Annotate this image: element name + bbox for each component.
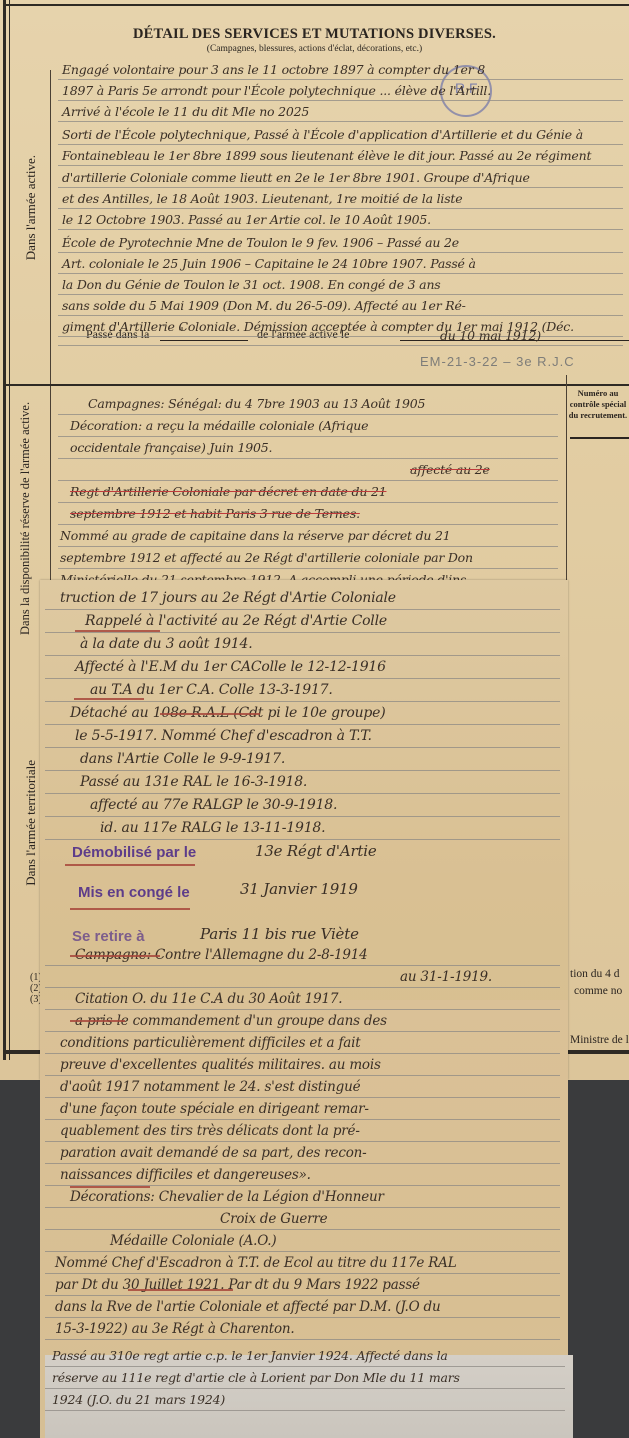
retire-value: Paris 11 bis rue Viète (200, 925, 359, 943)
ruled-line (45, 1229, 560, 1230)
handwritten-line: dans l'Artie Colle le 9-9-1917. (80, 751, 285, 767)
margin-fragment-3: Ministre de l (570, 1034, 629, 1046)
margin-fragment-2: comme no (574, 985, 622, 997)
ruled-line (45, 1053, 560, 1054)
ruled-line (45, 1410, 565, 1411)
handwritten-line: sans solde du 5 Mai 1909 (Don M. du 26-5… (62, 298, 466, 313)
ruled-line (58, 315, 623, 316)
ruled-line (58, 121, 623, 122)
stamp-retire-label: Se retire à (72, 928, 145, 945)
ruled-line (45, 1366, 565, 1367)
ruled-line (45, 816, 560, 817)
handwritten-line: par Dt du 30 Juillet 1921. Par dt du 9 M… (55, 1277, 420, 1293)
handwritten-line: au T.A du 1er C.A. Colle 13-3-1917. (90, 682, 333, 698)
handwritten-line: affecté au 2e (410, 462, 490, 477)
frame-top-border (3, 4, 629, 6)
handwritten-line: 1897 à Paris 5e arrondt pour l'École pol… (62, 83, 491, 98)
handwritten-line: quablement des tirs très délicats dont l… (60, 1123, 360, 1139)
ruled-line (45, 1339, 560, 1340)
handwritten-line: réserve au 111e regt d'artie cle à Lorie… (52, 1370, 460, 1385)
handwritten-line: Rappelé à l'activité au 2e Régt d'Artie … (85, 613, 387, 629)
ruled-line (45, 701, 560, 702)
handwritten-line: École de Pyrotechnie Mne de Toulon le 9 … (62, 235, 459, 250)
ruled-line (58, 100, 623, 101)
handwritten-line: paration avait demandé de sa part, des r… (60, 1145, 366, 1161)
ruled-line (45, 1031, 560, 1032)
handwritten-line: conditions particulièrement difficiles e… (60, 1035, 360, 1051)
stamp-demobilized-label: Démobilisé par le (72, 844, 196, 861)
handwritten-line: Art. coloniale le 25 Juin 1906 – Capitai… (62, 256, 476, 271)
frame-left-inner-border (9, 0, 10, 1060)
demobilized-value: 13e Régt d'Artie (255, 842, 377, 860)
ruled-line (45, 1075, 560, 1076)
ruled-line (58, 568, 558, 569)
ruled-line (45, 1317, 560, 1318)
handwritten-line: Décorations: Chevalier de la Légion d'Ho… (70, 1189, 384, 1205)
handwritten-line: Décoration: a reçu la médaille coloniale… (70, 418, 368, 433)
ruled-line (58, 345, 623, 346)
handwritten-line: Passé au 131e RAL le 16-3-1918. (80, 774, 307, 790)
handwritten-line: occidentale française) Juin 1905. (70, 440, 272, 455)
ruled-line (58, 436, 558, 437)
ruled-line (58, 252, 623, 253)
handwritten-line: Nommé au grade de capitaine dans la rése… (60, 528, 451, 543)
page-subtitle: (Campagnes, blessures, actions d'éclat, … (0, 44, 629, 54)
ruled-line (58, 79, 623, 80)
handwritten-line: Passé au 310e regt artie c.p. le 1er Jan… (52, 1348, 448, 1363)
passed-blank-a (160, 340, 248, 341)
ruled-line (58, 502, 558, 503)
ruled-line (58, 208, 623, 209)
ruled-line (58, 165, 623, 166)
red-underline (160, 713, 260, 715)
handwritten-line: Citation O. du 11e C.A du 30 Août 1917. (75, 991, 342, 1007)
handwritten-line: Sorti de l'École polytechnique, Passé à … (62, 127, 583, 142)
red-underline (128, 1289, 233, 1291)
handwritten-line: Nommé Chef d'Escadron à T.T. de Ecol au … (55, 1255, 457, 1271)
handwritten-line: à la date du 3 août 1914. (80, 636, 252, 652)
ruled-line (45, 1295, 560, 1296)
handwritten-line: truction de 17 jours au 2e Régt d'Artie … (60, 590, 396, 606)
handwritten-line: au 31-1-1919. (400, 969, 492, 985)
ruled-line (45, 632, 560, 633)
handwritten-line: le 12 Octobre 1903. Passé au 1er Artie c… (62, 212, 431, 227)
handwritten-line: dans la Rve de l'artie Coloniale et affe… (55, 1299, 440, 1315)
handwritten-line: Fontainebleau le 1er 8bre 1899 sous lieu… (62, 148, 591, 163)
ruled-line (58, 187, 623, 188)
handwritten-line: d'une façon toute spéciale en dirigeant … (60, 1101, 369, 1117)
handwritten-line: preuve d'excellentes qualités militaires… (60, 1057, 381, 1073)
handwritten-line: Campagnes: Sénégal: du 4 7bre 1903 au 13… (88, 396, 425, 411)
page-title: DÉTAIL DES SERVICES ET MUTATIONS DIVERSE… (0, 26, 629, 43)
handwritten-line: naissances difficiles et dangereuses». (60, 1167, 311, 1183)
ruled-line (58, 414, 558, 415)
red-underline (70, 908, 190, 910)
red-underline (70, 1020, 125, 1022)
ruled-line (45, 1251, 560, 1252)
ruled-line (45, 839, 560, 840)
ruled-line (45, 987, 560, 988)
red-underline (74, 698, 144, 700)
handwritten-line: d'artillerie Coloniale comme lieutt en 2… (62, 170, 530, 185)
handwritten-line: Médaille Coloniale (A.O.) (110, 1233, 276, 1249)
frame-left-border (3, 0, 6, 1060)
ruled-line (45, 1163, 560, 1164)
ruled-line (45, 965, 560, 966)
section-label-territorial: Dans l'armée territoriale (24, 760, 38, 886)
handwritten-line: la Don du Génie de Toulon le 31 oct. 190… (62, 277, 441, 292)
section-label-active: Dans l'armée active. (24, 155, 38, 260)
ruled-line (58, 524, 558, 525)
reference-stamp: EM-21-3-22 – 3e R.J.C (420, 354, 575, 369)
ruled-line (45, 747, 560, 748)
red-underline (75, 630, 160, 632)
handwritten-line: d'août 1917 notamment le 24. s'est disti… (60, 1079, 360, 1095)
handwritten-line: 15-3-1922) au 3e Régt à Charenton. (55, 1321, 295, 1337)
ruled-line (45, 1388, 565, 1389)
handwritten-line: septembre 1912 et affecté au 2e Régt d'a… (60, 550, 473, 565)
stamp-leave-label: Mis en congé le (78, 884, 190, 901)
ruled-line (45, 655, 560, 656)
ruled-line (58, 480, 558, 481)
ruled-line (58, 546, 558, 547)
red-underline (70, 955, 160, 957)
margin-fragment-1: tion du 4 d (570, 968, 620, 980)
ruled-line (45, 793, 560, 794)
ruled-line (45, 1273, 560, 1274)
ruled-line (45, 724, 560, 725)
handwritten-line: Affecté à l'E.M du 1er CAColle le 12-12-… (75, 659, 386, 675)
control-box-label: Numéro au contrôle spécial du recrutemen… (568, 388, 628, 421)
red-underline (70, 1186, 150, 1188)
control-box-rule (570, 437, 629, 439)
handwritten-line: Regt d'Artillerie Coloniale par décret e… (70, 484, 386, 499)
handwritten-line: Arrivé à l'école le 11 du dit Mle no 202… (62, 104, 309, 119)
section-divider-active (3, 384, 629, 386)
ruled-line (58, 273, 623, 274)
ruled-line (45, 1207, 560, 1208)
ruled-line (58, 294, 623, 295)
ruled-line (45, 1141, 560, 1142)
handwritten-line: du 10 mai 1912) (440, 328, 541, 343)
ruled-line (45, 678, 560, 679)
ruled-line (45, 1119, 560, 1120)
ruled-line (45, 1097, 560, 1098)
leave-value: 31 Janvier 1919 (240, 880, 358, 898)
handwritten-line: 1924 (J.O. du 21 mars 1924) (52, 1392, 225, 1407)
red-underline (65, 864, 195, 866)
ruled-line (45, 770, 560, 771)
ruled-line (58, 229, 623, 230)
handwritten-line: Engagé volontaire pour 3 ans le 11 octob… (62, 62, 485, 77)
handwritten-line: septembre 1912 et habit Paris 3 rue de T… (70, 506, 360, 521)
ruled-line (45, 609, 560, 610)
handwritten-line: le 5-5-1917. Nommé Chef d'escadron à T.T… (75, 728, 372, 744)
ruled-line (58, 458, 558, 459)
handwritten-line: Croix de Guerre (220, 1211, 327, 1227)
ruled-line (58, 144, 623, 145)
handwritten-line: id. au 117e RALG le 13-11-1918. (100, 820, 325, 836)
ruled-line (45, 1009, 560, 1010)
handwritten-line: et des Antilles, le 18 Août 1903. Lieute… (62, 191, 462, 206)
handwritten-line: affecté au 77e RALGP le 30-9-1918. (90, 797, 337, 813)
